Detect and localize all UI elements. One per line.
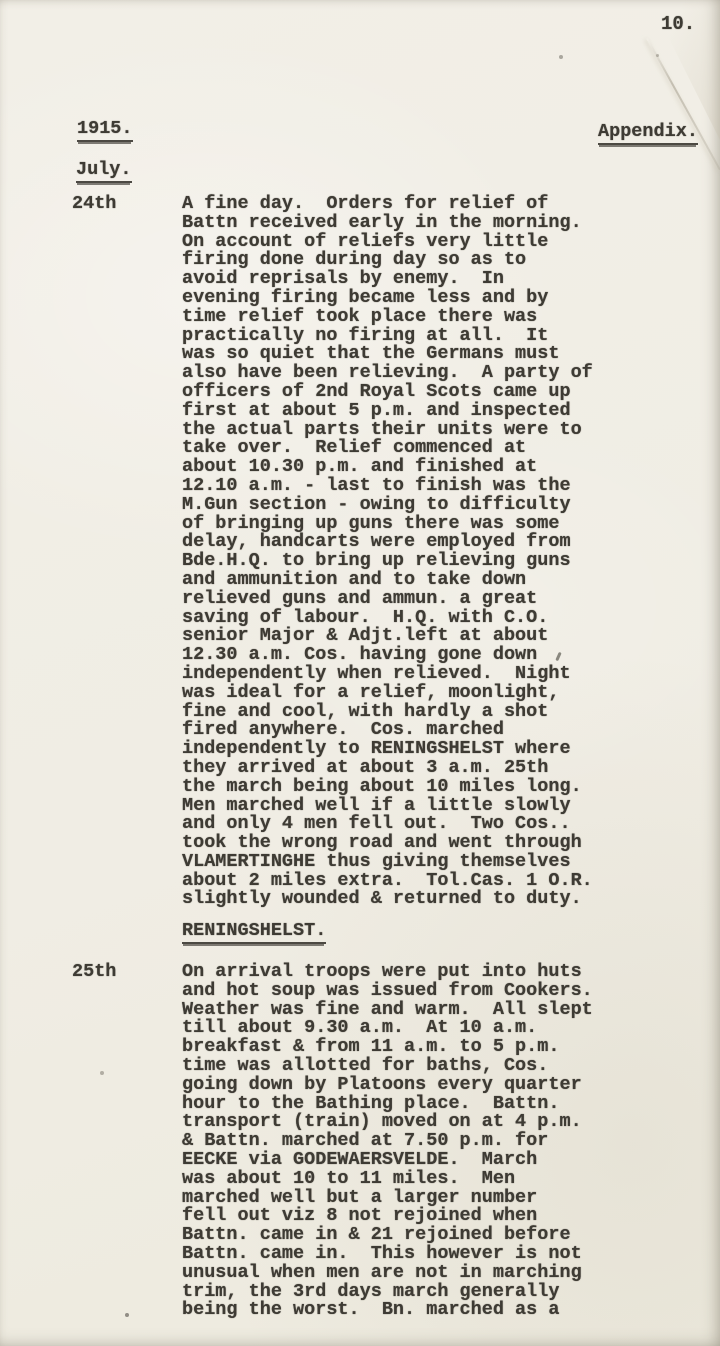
entry-24-date: 24th — [72, 195, 116, 214]
ink-speck — [559, 55, 563, 59]
ink-speck — [656, 54, 659, 57]
ink-speck — [125, 1313, 129, 1317]
appendix-heading: Appendix. — [598, 123, 698, 145]
location-heading: RENINGSHELST. — [182, 922, 326, 944]
month-heading: July. — [76, 161, 132, 183]
entry-25-date: 25th — [72, 963, 116, 982]
diary-page: 10. 1915. Appendix. July. 24th A fine da… — [0, 0, 720, 1346]
page-number: 10. — [661, 15, 695, 34]
entry-24-text: A fine day. Orders for relief of Battn r… — [182, 195, 593, 909]
year-heading: 1915. — [77, 120, 133, 142]
ink-speck — [100, 1071, 104, 1075]
entry-25-text: On arrival troops were put into huts and… — [182, 963, 593, 1320]
